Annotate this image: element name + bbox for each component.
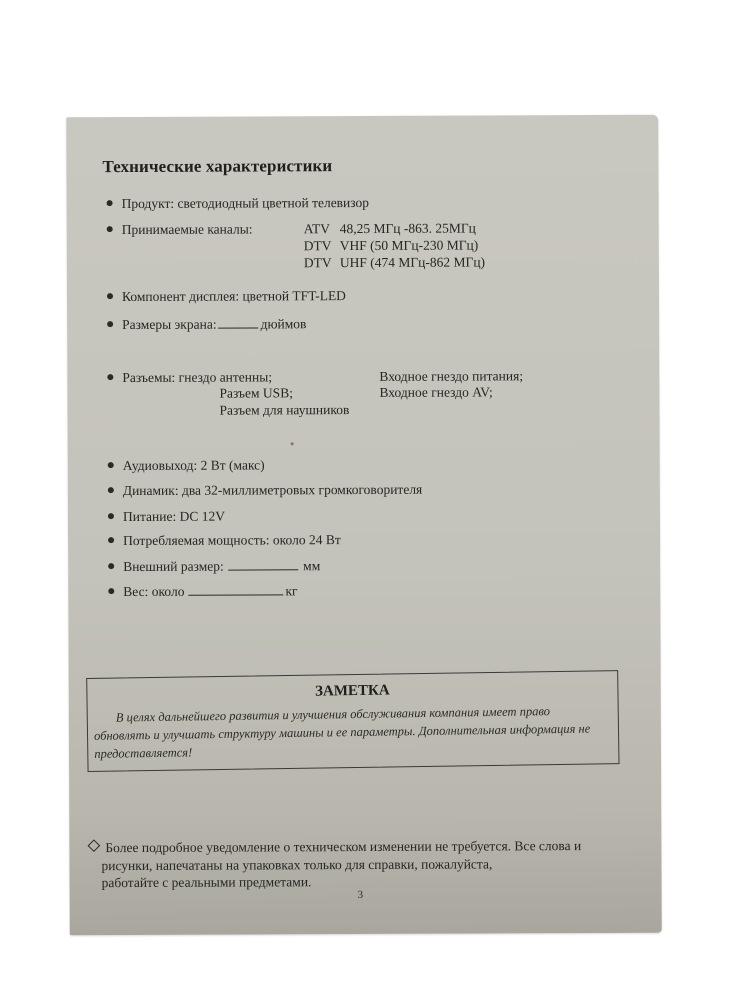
spec-channels: Принимаемые каналы: — [107, 220, 253, 238]
footer-notice: Более подробное уведомление о техническо… — [87, 837, 647, 892]
spec-product: Продукт: светодиодный цветной телевизор — [107, 194, 370, 212]
weight-blank — [188, 582, 283, 595]
connector-av-in: Входное гнездо AV; — [379, 383, 492, 400]
note-box: ЗАМЕТКА В целях дальнейшего развития и у… — [86, 670, 619, 772]
spec-weight: Вес: околокг — [108, 582, 297, 600]
spec-dimensions: Внешний размер: мм — [108, 557, 320, 575]
connector-headphones: Разъем для наушников — [219, 401, 349, 419]
bullet-icon — [107, 321, 113, 327]
paper-speck — [291, 442, 294, 445]
diamond-bullet-icon — [88, 839, 101, 852]
bullet-icon — [108, 513, 114, 519]
page-number: 3 — [358, 889, 364, 901]
bullet-icon — [108, 462, 114, 468]
note-body: В целях дальнейшего развития и улучшения… — [94, 701, 610, 763]
channel-list: ATV48,25 МГц -863. 25МГц DTVVHF (50 МГц-… — [304, 219, 485, 271]
connector-usb: Разъем USB; — [219, 384, 293, 401]
spec-speaker: Динамик: два 32-миллиметровых громкогово… — [108, 481, 422, 499]
page-title: Технические характеристики — [102, 156, 332, 177]
channel-row: ATV48,25 МГц -863. 25МГц — [304, 219, 485, 237]
spec-screen-size: Размеры экрана:дюймов — [107, 315, 306, 333]
spec-display: Компонент дисплея: цветной TFT-LED — [107, 287, 346, 305]
footer-line: работайте с реальными предметами. — [88, 872, 648, 892]
bullet-icon — [107, 226, 113, 232]
bullet-icon — [107, 374, 113, 380]
document-page: Технические характеристики Продукт: свет… — [66, 115, 662, 936]
screen-size-blank — [219, 315, 259, 328]
channel-row: DTVVHF (50 МГц-230 МГц) — [304, 236, 485, 254]
spec-power: Питание: DC 12V — [108, 508, 225, 526]
note-title: ЗАМЕТКА — [87, 679, 617, 704]
bullet-icon — [108, 487, 114, 493]
footer-line: Более подробное уведомление о техническо… — [87, 837, 647, 857]
channel-row: DTVUHF (474 МГц-862 МГц) — [304, 253, 485, 271]
spec-connectors: Разъемы: гнездо антенны; — [107, 368, 272, 386]
bullet-icon — [108, 537, 114, 543]
bullet-icon — [108, 563, 114, 569]
dimensions-blank — [228, 557, 298, 570]
spec-consumption: Потребляемая мощность: около 24 Вт — [108, 531, 341, 549]
bullet-icon — [107, 293, 113, 299]
bullet-icon — [108, 588, 114, 594]
connector-power-in: Входное гнездо питания; — [379, 367, 523, 385]
bullet-icon — [107, 200, 113, 206]
spec-audio-out: Аудиовыход: 2 Вт (макс) — [108, 456, 265, 474]
